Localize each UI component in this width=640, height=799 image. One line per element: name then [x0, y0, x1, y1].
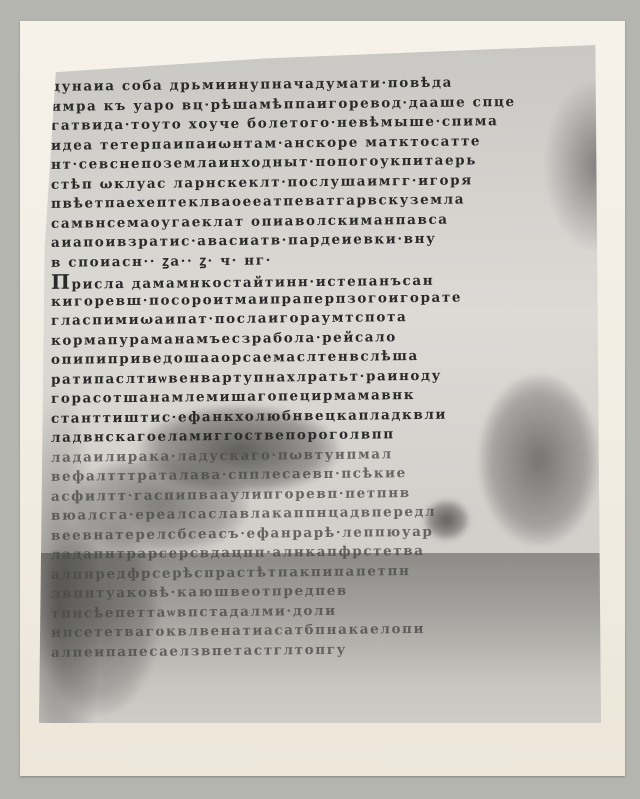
manuscript-photograph: дунаиа соба дрьмиинупначадумати·повѣда и… [39, 45, 601, 723]
manuscript-text: дунаиа соба дрьмиинупначадумати·повѣда и… [51, 75, 591, 660]
